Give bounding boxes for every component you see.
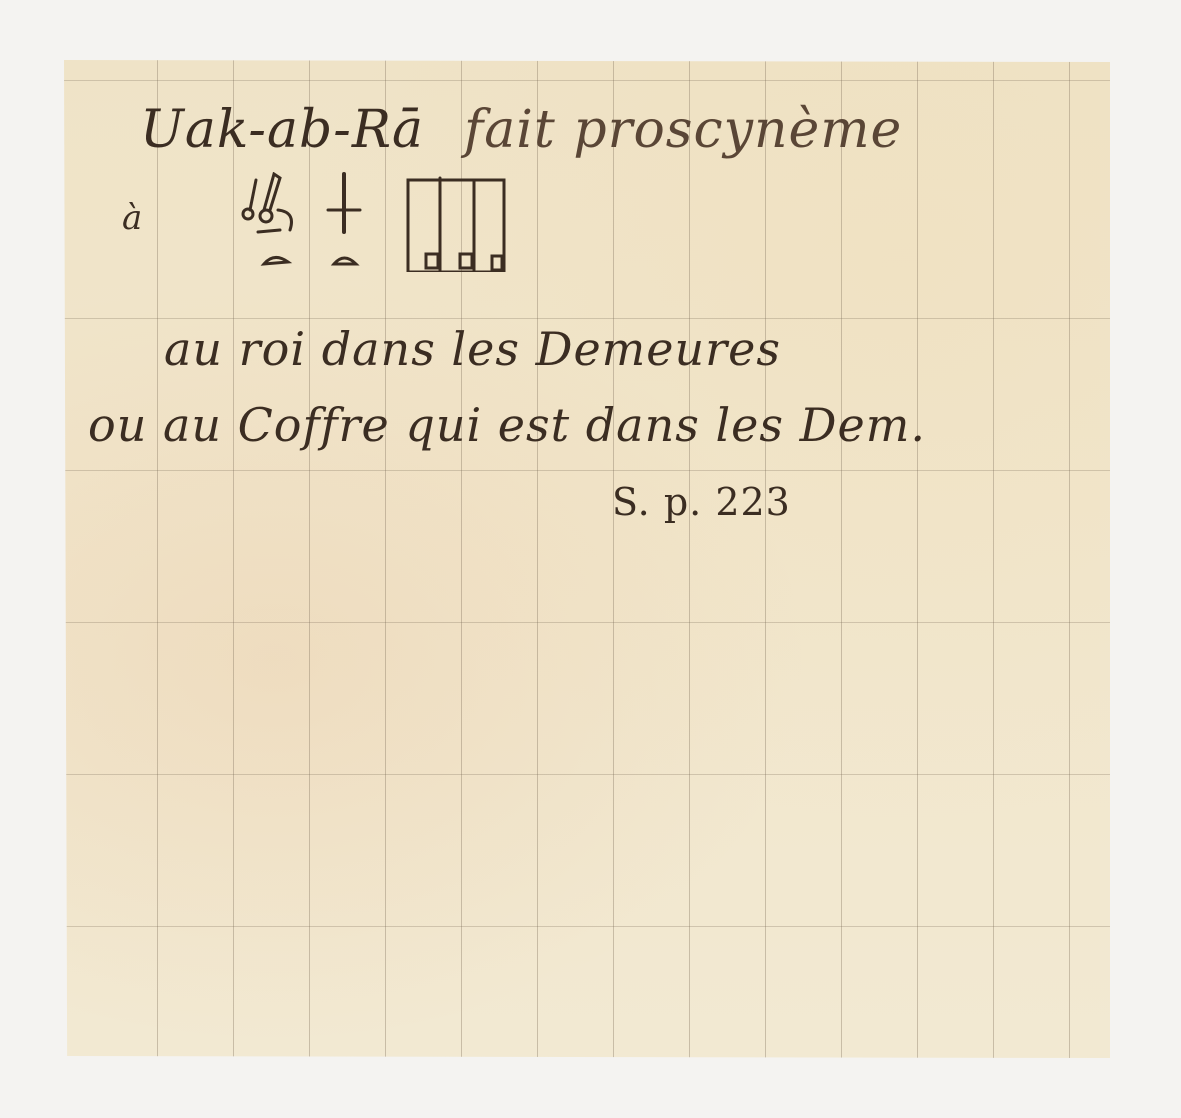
handwritten-line-2: à [122,198,143,238]
handwritten-line-1: Uak-ab-Rāfait proscynème [140,100,902,160]
grid-lines [64,60,1110,1058]
handwritten-line-4: ou au Coffre qui est dans les Dem. [88,398,926,452]
page-reference: S. p. 223 [612,480,791,524]
handwritten-line-3: au roi dans les Demeures [164,322,781,376]
verb-text: fait proscynème [464,100,902,160]
name-text: Uak-ab-Rā [140,100,424,160]
note-paper: Uak-ab-Rāfait proscynème à au roi [64,60,1110,1058]
hieroglyph-group-icon [228,172,518,272]
